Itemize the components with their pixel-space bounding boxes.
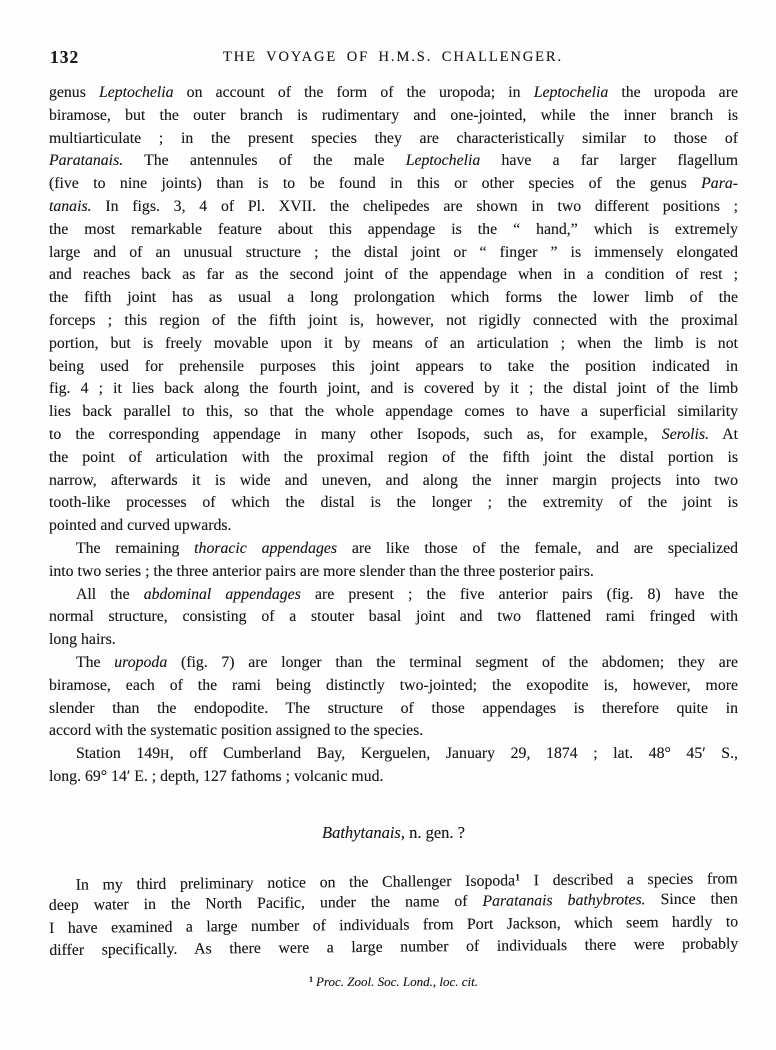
text-segment: being used for prehensile purposes this …: [49, 358, 738, 375]
text-segment: large and of an unusual structure ; the …: [49, 244, 738, 261]
italic-text: uropoda: [114, 654, 167, 671]
text-line: forceps ; this region of the fifth joint…: [49, 310, 738, 333]
italic-text: Leptochelia: [534, 84, 609, 101]
text-line: accord with the systematic position assi…: [49, 720, 738, 743]
text-body: genus Leptochelia on account of the form…: [49, 82, 738, 994]
text-line: slender than the endopodite. The structu…: [49, 698, 738, 721]
text-segment: differ specifically. As there were a lar…: [49, 935, 738, 959]
text-line: portion, but is freely movable upon it b…: [49, 333, 738, 356]
text-line: tooth-like processes of which the distal…: [49, 492, 738, 515]
book-page: 132 THE VOYAGE OF H.M.S. CHALLENGER. gen…: [0, 0, 776, 1050]
smallcaps-text: H: [160, 747, 170, 761]
text-line: multiarticulate ; in the present species…: [49, 128, 738, 151]
italic-text: thoracic appendages: [194, 540, 337, 557]
text-segment: portion, but is freely movable upon it b…: [49, 335, 738, 352]
text-segment: the most remarkable feature about this a…: [49, 221, 738, 238]
text-segment: , n. gen. ?: [401, 823, 465, 842]
text-segment: normal structure, consisting of a stoute…: [49, 608, 738, 625]
superscript-marker: 1: [309, 975, 313, 984]
text-segment: (fig. 7) are longer than the terminal se…: [167, 654, 738, 671]
italic-text: Leptochelia: [99, 84, 174, 101]
text-segment: All the: [76, 586, 144, 603]
text-segment: into two series ; the three anterior pai…: [49, 563, 594, 580]
page-header: 132 THE VOYAGE OF H.M.S. CHALLENGER.: [49, 47, 737, 69]
text-segment: slender than the endopodite. The structu…: [49, 700, 738, 717]
text-segment: The antennules of the male: [123, 152, 406, 169]
text-segment: deep water in the North Pacific, under t…: [49, 892, 483, 913]
italic-text: Proc. Zool. Soc. Lond., loc. cit.: [316, 974, 478, 989]
italic-text: tanais.: [49, 198, 92, 215]
text-line: to the corresponding appendage in many o…: [49, 424, 738, 447]
text-line: genus Leptochelia on account of the form…: [49, 82, 738, 105]
text-segment: biramose, each of the rami being distinc…: [49, 677, 738, 694]
text-line: The uropoda (fig. 7) are longer than the…: [49, 652, 738, 675]
text-line: All the abdominal appendages are present…: [49, 584, 738, 607]
text-segment: on account of the form of the uropoda; i…: [174, 84, 534, 101]
paragraph: All the abdominal appendages are present…: [49, 584, 738, 652]
text-segment: accord with the systematic position assi…: [49, 722, 423, 739]
paragraph: The remaining thoracic appendages are li…: [49, 538, 738, 584]
text-segment: tooth-like processes of which the distal…: [49, 494, 738, 511]
text-segment: The remaining: [76, 540, 194, 557]
footnote: 1Proc. Zool. Soc. Lond., loc. cit.: [49, 969, 738, 994]
italic-text: abdominal appendages: [144, 586, 301, 603]
paragraph: The uropoda (fig. 7) are longer than the…: [49, 652, 738, 743]
text-line: into two series ; the three anterior pai…: [49, 561, 738, 584]
text-segment: I have examined a large number of indivi…: [49, 913, 738, 937]
text-line: narrow, afterwards it is wide and uneven…: [49, 470, 738, 493]
text-line: biramose, each of the rami being distinc…: [49, 675, 738, 698]
text-segment: fig. 4 ; it lies back along the fourth j…: [49, 380, 738, 397]
text-segment: genus: [49, 84, 99, 101]
text-line: the most remarkable feature about this a…: [49, 219, 738, 242]
text-segment: are present ; the five anterior pairs (f…: [301, 586, 738, 603]
text-line: biramose, but the outer branch is rudime…: [49, 105, 738, 128]
text-segment: I described a species from: [520, 870, 738, 889]
italic-text: Serolis.: [662, 426, 709, 443]
text-segment: biramose, but the outer branch is rudime…: [49, 107, 738, 124]
text-line: long hairs.: [49, 629, 738, 652]
paragraph: Station 149H, off Cumberland Bay, Kergue…: [49, 743, 738, 789]
text-segment: the uropoda are: [608, 84, 738, 101]
text-segment: long. 69° 14′ E. ; depth, 127 fathoms ; …: [49, 768, 383, 785]
text-line: and reaches back as far as the second jo…: [49, 264, 738, 287]
italic-text: Para-: [701, 175, 738, 192]
paragraph: genus Leptochelia on account of the form…: [49, 82, 738, 538]
text-segment: lies back parallel to this, so that the …: [49, 403, 738, 420]
text-segment: Since then: [646, 890, 738, 908]
text-line: (five to nine joints) than is to be foun…: [49, 173, 738, 196]
paragraph: In my third preliminary notice on the Ch…: [49, 865, 739, 963]
text-segment: and reaches back as far as the second jo…: [49, 266, 738, 283]
italic-text: Paratanais bathybrotes.: [482, 891, 645, 910]
text-segment: multiarticulate ; in the present species…: [49, 130, 738, 147]
text-segment: narrow, afterwards it is wide and uneven…: [49, 472, 738, 489]
text-line: normal structure, consisting of a stoute…: [49, 606, 738, 629]
text-line: long. 69° 14′ E. ; depth, 127 fathoms ; …: [49, 766, 738, 789]
text-segment: Station 149: [76, 745, 160, 762]
running-title: THE VOYAGE OF H.M.S. CHALLENGER.: [49, 49, 737, 66]
text-segment: The: [76, 654, 114, 671]
text-segment: , off Cumberland Bay, Kerguelen, January…: [170, 745, 738, 762]
text-segment: (five to nine joints) than is to be foun…: [49, 175, 701, 192]
text-segment: the point of articulation with the proxi…: [49, 449, 738, 466]
text-line: The remaining thoracic appendages are li…: [49, 538, 738, 561]
text-line: lies back parallel to this, so that the …: [49, 401, 738, 424]
text-line: the point of articulation with the proxi…: [49, 447, 738, 470]
text-line: fig. 4 ; it lies back along the fourth j…: [49, 378, 738, 401]
text-segment: pointed and curved upwards.: [49, 517, 232, 534]
text-line: large and of an unusual structure ; the …: [49, 242, 738, 265]
text-segment: long hairs.: [49, 631, 116, 648]
text-segment: forceps ; this region of the fifth joint…: [49, 312, 738, 329]
italic-text: Leptochelia: [406, 152, 481, 169]
section-heading: Bathytanais, n. gen. ?: [49, 822, 738, 846]
text-line: Paratanais. The antennules of the male L…: [49, 150, 738, 173]
text-segment: the fifth joint has as usual a long prol…: [49, 289, 738, 306]
text-segment: In figs. 3, 4 of Pl. XVII. the chelipede…: [92, 198, 738, 215]
text-line: the fifth joint has as usual a long prol…: [49, 287, 738, 310]
text-line: being used for prehensile purposes this …: [49, 356, 738, 379]
italic-text: Bathytanais: [322, 823, 401, 842]
text-segment: At: [709, 426, 738, 443]
italic-text: Paratanais.: [49, 152, 123, 169]
text-line: pointed and curved upwards.: [49, 515, 738, 538]
text-segment: to the corresponding appendage in many o…: [49, 426, 662, 443]
text-segment: are like those of the female, and are sp…: [337, 540, 738, 557]
text-line: tanais. In figs. 3, 4 of Pl. XVII. the c…: [49, 196, 738, 219]
text-line: Station 149H, off Cumberland Bay, Kergue…: [49, 743, 738, 766]
text-segment: have a far larger flagellum: [480, 152, 738, 169]
